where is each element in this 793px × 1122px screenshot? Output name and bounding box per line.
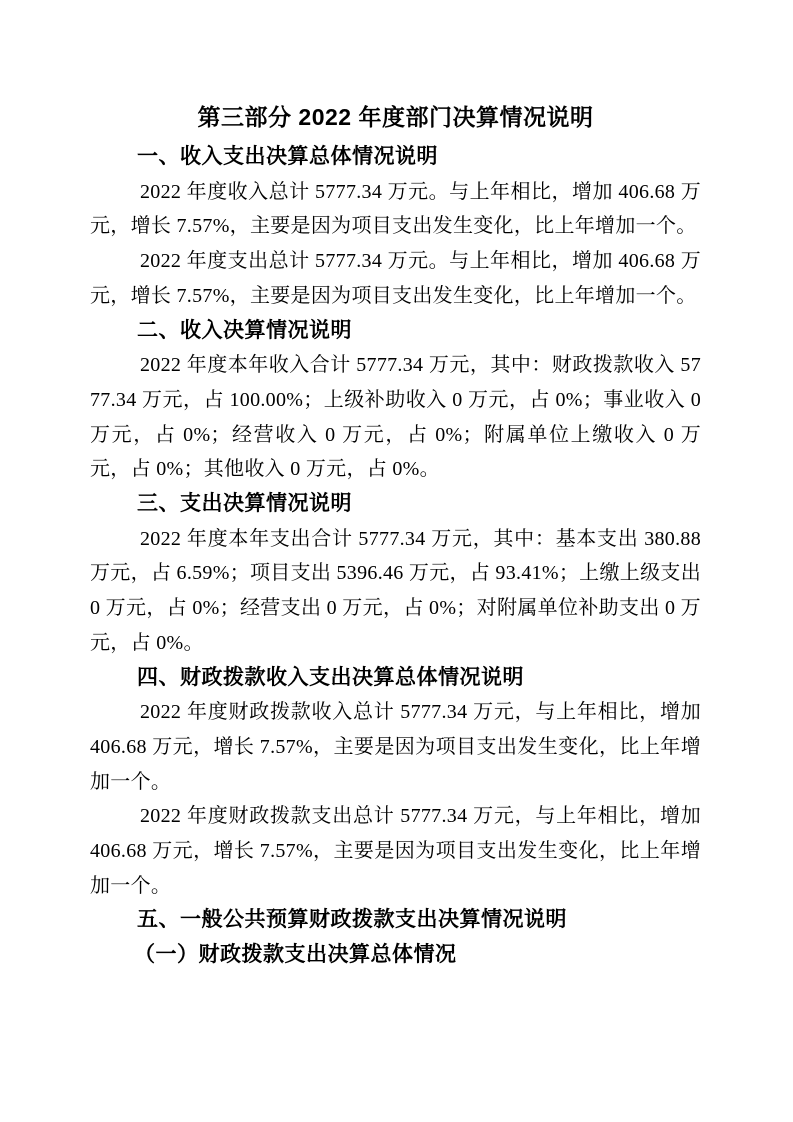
paragraph-expenditure-breakdown: 2022 年度本年支出合计 5777.34 万元，其中：基本支出 380.88 … bbox=[90, 522, 701, 661]
section-heading-1: 一、收入支出决算总体情况说明 bbox=[90, 140, 701, 175]
section-heading-4: 四、财政拨款收入支出决算总体情况说明 bbox=[90, 661, 701, 696]
section-heading-5: 五、一般公共预算财政拨款支出决算情况说明 bbox=[90, 903, 701, 938]
paragraph-income-total: 2022 年度收入总计 5777.34 万元。与上年相比，增加 406.68 万… bbox=[90, 175, 701, 244]
document-title: 第三部分 2022 年度部门决算情况说明 bbox=[90, 97, 701, 137]
paragraph-fiscal-appropriation-income: 2022 年度财政拨款收入总计 5777.34 万元，与上年相比，增加 406.… bbox=[90, 695, 701, 799]
paragraph-fiscal-appropriation-expenditure: 2022 年度财政拨款支出总计 5777.34 万元，与上年相比，增加 406.… bbox=[90, 799, 701, 903]
document-page: 第三部分 2022 年度部门决算情况说明 一、收入支出决算总体情况说明 2022… bbox=[0, 0, 793, 1122]
section-heading-3: 三、支出决算情况说明 bbox=[90, 487, 701, 522]
section-heading-2: 二、收入决算情况说明 bbox=[90, 314, 701, 349]
paragraph-expenditure-total: 2022 年度支出总计 5777.34 万元。与上年相比，增加 406.68 万… bbox=[90, 244, 701, 313]
subsection-heading-5-1: （一）财政拨款支出决算总体情况 bbox=[90, 938, 701, 973]
paragraph-income-breakdown: 2022 年度本年收入合计 5777.34 万元，其中：财政拨款收入 5777.… bbox=[90, 348, 701, 487]
